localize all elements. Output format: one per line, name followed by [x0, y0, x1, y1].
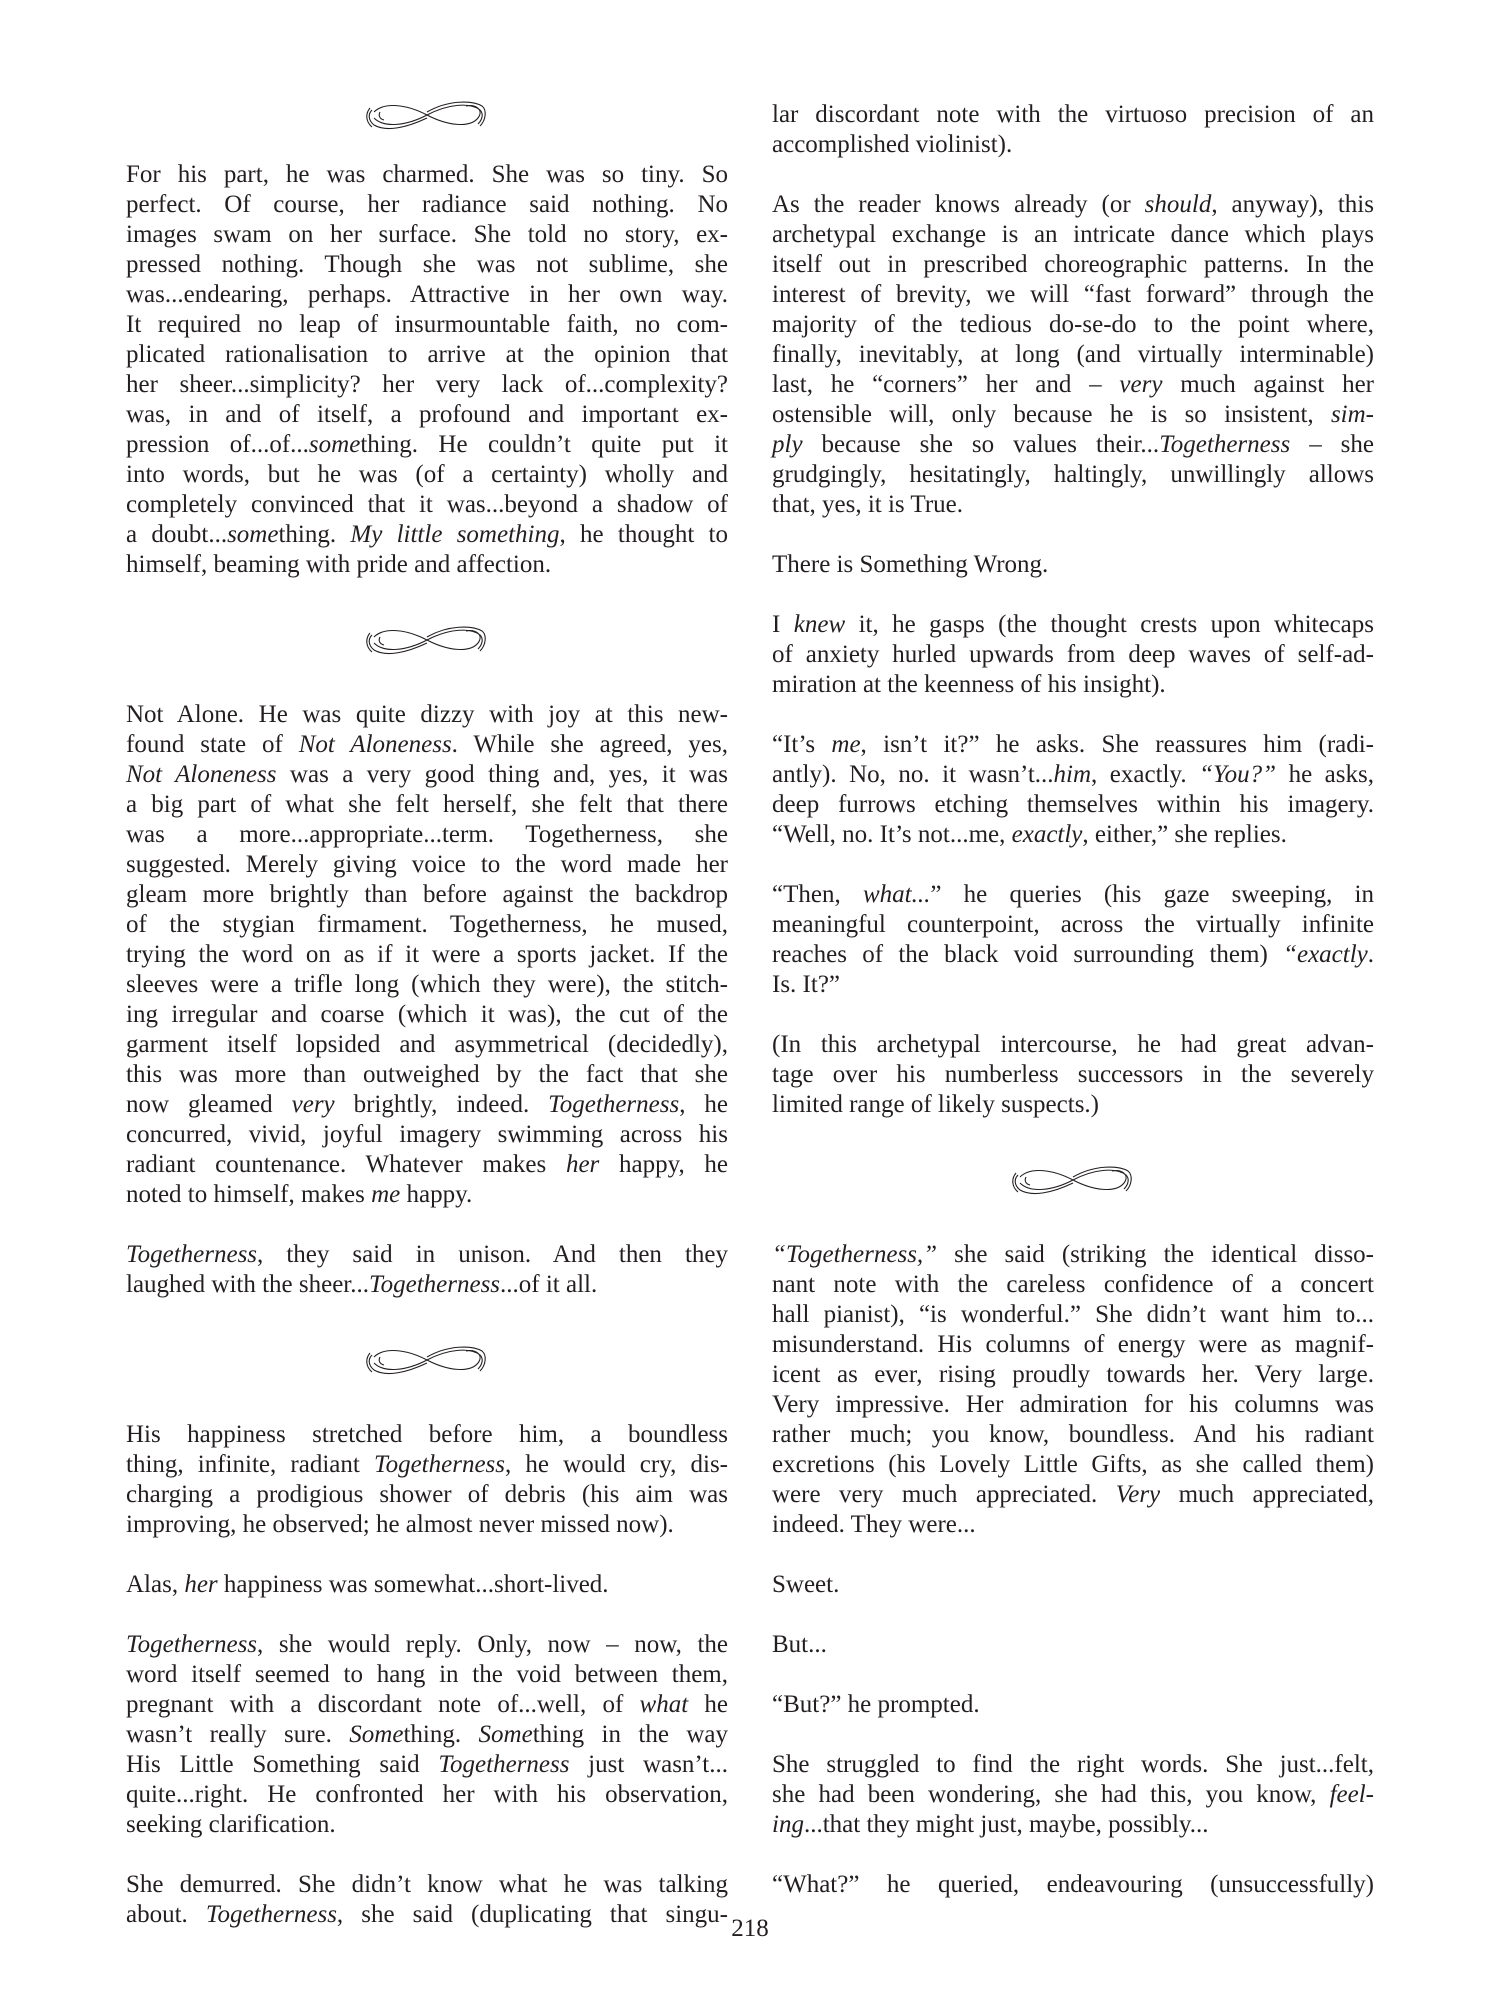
text-line: last, he “corners” her and – very much a…: [772, 370, 1374, 400]
emphasis: what...: [863, 881, 930, 908]
text-line: (In this archetypal intercourse, he had …: [772, 1030, 1374, 1060]
emphasis: what: [640, 1691, 689, 1718]
text-line: It required no leap of insurmountable fa…: [126, 310, 728, 340]
emphasis: “You?”: [1199, 761, 1276, 788]
right-column: lar discordant note with the virtuoso pr…: [772, 100, 1374, 1900]
paragraph: “Then, what...” he queries (his gaze swe…: [772, 880, 1374, 1000]
emphasis: Not Aloneness: [299, 731, 452, 758]
emphasis: Very: [1116, 1481, 1160, 1508]
emphasis: sim-: [1331, 401, 1374, 428]
paragraph: Alas, her happiness was somewhat...short…: [126, 1570, 728, 1600]
text-line: that, yes, it is True.: [772, 490, 1374, 520]
text-line: excretions (his Lovely Little Gifts, as …: [772, 1450, 1374, 1480]
text-line: misunderstand. His columns of energy wer…: [772, 1330, 1374, 1360]
text-line: charging a prodigious shower of debris (…: [126, 1480, 728, 1510]
text-line: tage over his numberless successors in t…: [772, 1060, 1374, 1090]
emphasis: me: [371, 1181, 400, 1208]
paragraph: There is Something Wrong.: [772, 550, 1374, 580]
text-line: word itself seemed to hang in the void b…: [126, 1660, 728, 1690]
emphasis: Some: [479, 1721, 533, 1748]
emphasis: exactly: [1012, 821, 1083, 848]
emphasis: her: [184, 1571, 217, 1598]
text-line: improving, he observed; he almost never …: [126, 1510, 728, 1540]
text-line: garment itself lopsided and asymmetrical…: [126, 1030, 728, 1060]
paragraph: As the reader knows already (or should, …: [772, 190, 1374, 520]
paragraph: lar discordant note with the virtuoso pr…: [772, 100, 1374, 160]
text-line: antly). No, no. it wasn’t...him, exactly…: [772, 760, 1374, 790]
text-line: was, in and of itself, a profound and im…: [126, 400, 728, 430]
text-line: “What?” he queried, endeavouring (unsucc…: [772, 1870, 1374, 1900]
text-line: plicated rationalisation to arrive at th…: [126, 340, 728, 370]
text-line: Togetherness, she would reply. Only, now…: [126, 1630, 728, 1660]
text-line: hall pianist), “is wonderful.” She didn’…: [772, 1300, 1374, 1330]
paragraph: Togetherness, they said in unison. And t…: [126, 1240, 728, 1300]
section-divider-ornament-icon: [772, 1120, 1374, 1240]
text-line: trying the word on as if it were a sport…: [126, 940, 728, 970]
text-line: For his part, he was charmed. She was so…: [126, 160, 728, 190]
emphasis: some: [309, 431, 360, 458]
paragraph: Togetherness, she would reply. Only, now…: [126, 1630, 728, 1840]
text-line: perfect. Of course, her radiance said no…: [126, 190, 728, 220]
text-line: gleam more brightly than before against …: [126, 880, 728, 910]
text-line: was...endearing, perhaps. Attractive in …: [126, 280, 728, 310]
text-line: icent as ever, rising proudly towards he…: [772, 1360, 1374, 1390]
text-line: ing...that they might just, maybe, possi…: [772, 1810, 1374, 1840]
paragraph: Sweet.: [772, 1570, 1374, 1600]
text-line: laughed with the sheer...Togetherness...…: [126, 1270, 728, 1300]
emphasis: Some: [349, 1721, 403, 1748]
text-line: meaningful counterpoint, across the virt…: [772, 910, 1374, 940]
emphasis: very: [292, 1091, 335, 1118]
text-line: Not Aloneness was a very good thing and,…: [126, 760, 728, 790]
emphasis: Togetherness: [438, 1751, 569, 1778]
text-line: Togetherness, they said in unison. And t…: [126, 1240, 728, 1270]
emphasis: Togetherness: [548, 1091, 679, 1118]
text-line: noted to himself, makes me happy.: [126, 1180, 728, 1210]
text-line: accomplished violinist).: [772, 130, 1374, 160]
text-line: were very much appreciated. Very much ap…: [772, 1480, 1374, 1510]
text-line: ply because she so values their...Togeth…: [772, 430, 1374, 460]
text-line: sleeves were a trifle long (which they w…: [126, 970, 728, 1000]
text-line: radiant countenance. Whatever makes her …: [126, 1150, 728, 1180]
emphasis: Not Aloneness: [126, 761, 276, 788]
text-line: Alas, her happiness was somewhat...short…: [126, 1570, 728, 1600]
text-line: she had been wondering, she had this, yo…: [772, 1780, 1374, 1810]
text-line: of anxiety hurled upwards from deep wave…: [772, 640, 1374, 670]
text-line: itself out in prescribed choreographic p…: [772, 250, 1374, 280]
text-line: pression of...of...something. He couldn’…: [126, 430, 728, 460]
text-line: thing, infinite, radiant Togetherness, h…: [126, 1450, 728, 1480]
text-line: wasn’t really sure. Something. Something…: [126, 1720, 728, 1750]
paragraph: “What?” he queried, endeavouring (unsucc…: [772, 1870, 1374, 1900]
paragraph: I knew it, he gasps (the thought crests …: [772, 610, 1374, 700]
text-line: pressed nothing. Though she was not subl…: [126, 250, 728, 280]
text-line: “It’s me, isn’t it?” he asks. She reassu…: [772, 730, 1374, 760]
text-line: rather much; you know, boundless. And hi…: [772, 1420, 1374, 1450]
text-line: limited range of likely suspects.): [772, 1090, 1374, 1120]
emphasis: Togetherness: [1159, 431, 1290, 458]
text-line: nant note with the careless confidence o…: [772, 1270, 1374, 1300]
text-line: her sheer...simplicity? her very lack of…: [126, 370, 728, 400]
text-line: now gleamed very brightly, indeed. Toget…: [126, 1090, 728, 1120]
paragraph: “But?” he prompted.: [772, 1690, 1374, 1720]
emphasis: some: [227, 521, 278, 548]
text-line: His happiness stretched before him, a bo…: [126, 1420, 728, 1450]
text-line: “Togetherness,” she said (striking the i…: [772, 1240, 1374, 1270]
text-line: His Little Something said Togetherness j…: [126, 1750, 728, 1780]
emphasis: “exactly: [1283, 941, 1368, 968]
section-divider-ornament-icon: [126, 70, 728, 160]
text-line: a big part of what she felt herself, she…: [126, 790, 728, 820]
text-line: I knew it, he gasps (the thought crests …: [772, 610, 1374, 640]
text-line: this was more than outweighed by the fac…: [126, 1060, 728, 1090]
emphasis: very: [1119, 371, 1162, 398]
paragraph: But...: [772, 1630, 1374, 1660]
text-line: Not Alone. He was quite dizzy with joy a…: [126, 700, 728, 730]
paragraph: His happiness stretched before him, a bo…: [126, 1420, 728, 1540]
text-line: found state of Not Aloneness. While she …: [126, 730, 728, 760]
emphasis: ing: [772, 1811, 804, 1838]
text-line: images swam on her surface. She told no …: [126, 220, 728, 250]
emphasis: feel-: [1330, 1781, 1374, 1808]
paragraph: “It’s me, isn’t it?” he asks. She reassu…: [772, 730, 1374, 850]
emphasis: Togetherness: [126, 1241, 257, 1268]
text-line: “Well, no. It’s not...me, exactly, eithe…: [772, 820, 1374, 850]
text-line: a doubt...something. My little something…: [126, 520, 728, 550]
text-line: completely convinced that it was...beyon…: [126, 490, 728, 520]
text-line: She demurred. She didn’t know what he wa…: [126, 1870, 728, 1900]
emphasis: her: [566, 1151, 599, 1178]
text-line: grudgingly, hesitatingly, haltingly, unw…: [772, 460, 1374, 490]
left-column: For his part, he was charmed. She was so…: [126, 70, 728, 1930]
paragraph: She struggled to find the right words. S…: [772, 1750, 1374, 1840]
text-line: She struggled to find the right words. S…: [772, 1750, 1374, 1780]
text-line: interest of brevity, we will “fast forwa…: [772, 280, 1374, 310]
text-line: himself, beaming with pride and affectio…: [126, 550, 728, 580]
emphasis: me: [831, 731, 860, 758]
text-line: was a more...appropriate...term. Togethe…: [126, 820, 728, 850]
text-line: There is Something Wrong.: [772, 550, 1374, 580]
paragraph: (In this archetypal intercourse, he had …: [772, 1030, 1374, 1120]
text-line: miration at the keenness of his insight)…: [772, 670, 1374, 700]
text-line: concurred, vivid, joyful imagery swimmin…: [126, 1120, 728, 1150]
text-line: ing irregular and coarse (which it was),…: [126, 1000, 728, 1030]
text-line: pregnant with a discordant note of...wel…: [126, 1690, 728, 1720]
text-line: As the reader knows already (or should, …: [772, 190, 1374, 220]
emphasis: My little something: [350, 521, 559, 548]
text-line: indeed. They were...: [772, 1510, 1374, 1540]
emphasis: should: [1145, 191, 1212, 218]
text-line: of the stygian firmament. Togetherness, …: [126, 910, 728, 940]
emphasis: Togetherness: [126, 1631, 257, 1658]
emphasis: “Togetherness,”: [772, 1241, 937, 1268]
text-line: But...: [772, 1630, 1374, 1660]
emphasis: knew: [794, 611, 845, 638]
paragraph: “Togetherness,” she said (striking the i…: [772, 1240, 1374, 1540]
emphasis: him: [1054, 761, 1092, 788]
section-divider-ornament-icon: [126, 580, 728, 700]
text-line: “Then, what...” he queries (his gaze swe…: [772, 880, 1374, 910]
page-number: 218: [0, 1914, 1500, 1944]
paragraph: Not Alone. He was quite dizzy with joy a…: [126, 700, 728, 1210]
text-line: finally, inevitably, at long (and virtua…: [772, 340, 1374, 370]
text-line: deep furrows etching themselves within h…: [772, 790, 1374, 820]
emphasis: ply: [772, 431, 803, 458]
text-line: Very impressive. Her admiration for his …: [772, 1390, 1374, 1420]
paragraph: For his part, he was charmed. She was so…: [126, 160, 728, 580]
text-line: into words, but he was (of a certainty) …: [126, 460, 728, 490]
book-page: For his part, he was charmed. She was so…: [0, 0, 1500, 2000]
text-line: ostensible will, only because he is so i…: [772, 400, 1374, 430]
text-line: archetypal exchange is an intricate danc…: [772, 220, 1374, 250]
text-line: lar discordant note with the virtuoso pr…: [772, 100, 1374, 130]
text-line: Is. It?”: [772, 970, 1374, 1000]
text-line: Sweet.: [772, 1570, 1374, 1600]
text-line: quite...right. He confronted her with hi…: [126, 1780, 728, 1810]
emphasis: Togetherness: [374, 1451, 505, 1478]
section-divider-ornament-icon: [126, 1300, 728, 1420]
text-line: reaches of the black void surrounding th…: [772, 940, 1374, 970]
emphasis: Togetherness: [369, 1271, 500, 1298]
text-line: majority of the tedious do-se-do to the …: [772, 310, 1374, 340]
text-line: “But?” he prompted.: [772, 1690, 1374, 1720]
text-line: seeking clarification.: [126, 1810, 728, 1840]
text-line: suggested. Merely giving voice to the wo…: [126, 850, 728, 880]
